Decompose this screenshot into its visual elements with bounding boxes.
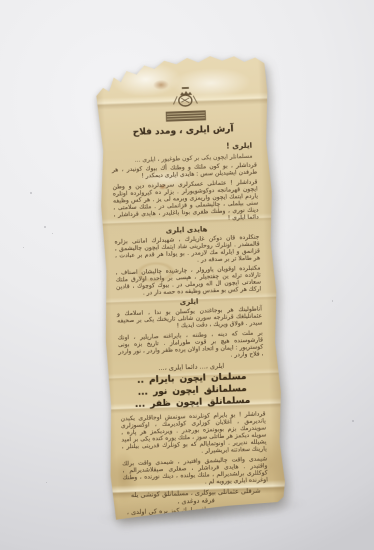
salutation: ايلرى ! (226, 141, 252, 151)
body-paragraph: شيمدى واقت چاليشمق واقتيدر ، شيمدى واقت … (122, 455, 268, 488)
body-paragraph: جنكلرده قان دوكن غازيلرك ، شهيدلرك امانت… (114, 234, 260, 267)
photo-scene: آرش ايلرى ، ومدد فلاح ايلرى ! مسلمانلر ا… (0, 0, 374, 550)
printed-leaflet: آرش ايلرى ، ومدد فلاح ايلرى ! مسلمانلر ا… (106, 51, 271, 520)
body-paragraph: بر ملت كه دينه ، وطننه ، بايراغنه صاريلي… (118, 329, 264, 362)
paper-surface: آرش ايلرى ، ومدد فلاح ايلرى ! مسلمانلر ا… (92, 50, 286, 520)
body-paragraph: آناطولينك هر بوجاغندن يوكسلن بو ندا ، اس… (117, 305, 263, 331)
masthead-headline: آرش ايلرى ، ومدد فلاح (108, 124, 257, 139)
surface-speck (44, 226, 46, 228)
surface-speck (352, 420, 354, 422)
paper-sheet: آرش ايلرى ، ومدد فلاح ايلرى ! مسلمانلر ا… (92, 50, 286, 520)
surface-speck (23, 247, 24, 248)
body-paragraph: قرداشلر ، بو كون ملتك و وطنك أك بيوك كون… (112, 162, 257, 181)
surface-speck (30, 192, 32, 194)
body-text-column: مسلمانلر ايچون يكى بر كون طوغيور ، ايلرى… (112, 153, 270, 542)
surface-speck (46, 482, 47, 483)
body-paragraph: مكتبلرده اوقويان ياورولر ، چارشيده چاليش… (115, 264, 261, 297)
body-paragraph: قرداشلر ! بو بايرام كونلرنده سونمش اوجاق… (121, 410, 267, 457)
surface-speck (52, 233, 53, 234)
ottoman-crest-icon (161, 86, 208, 128)
surface-speck (332, 300, 333, 302)
body-paragraph: قرداشلر ! عثمانلى عسكرلرى سرحدلرده دين و… (112, 179, 258, 226)
